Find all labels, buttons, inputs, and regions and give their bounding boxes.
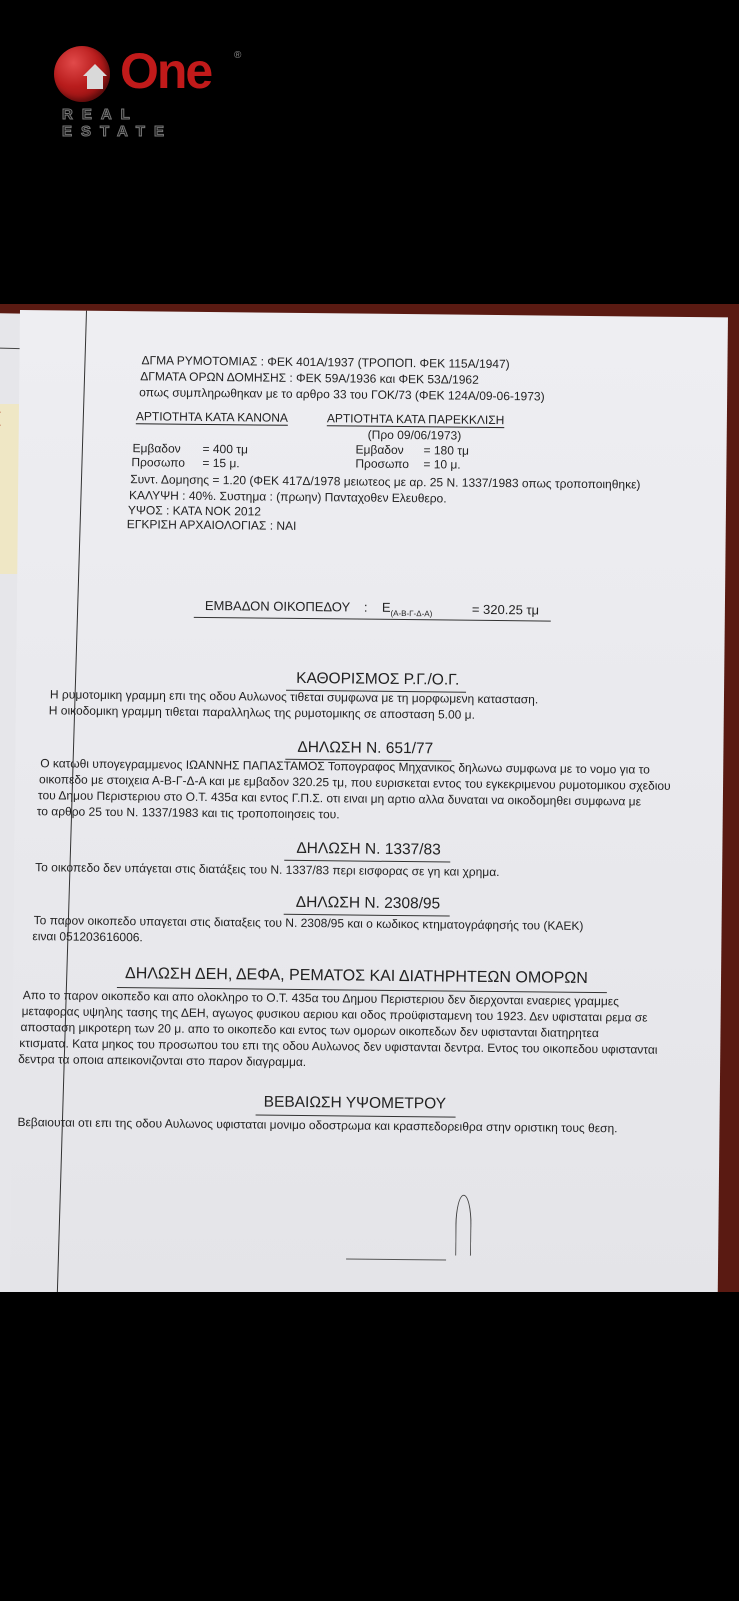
document-sheet: ΔΓΜΑ ΡΥΜΟΤΟΜΙΑΣ : ΦΕΚ 401Α/1937 (ΤΡΟΠΟΠ.…: [10, 310, 728, 1292]
plot-area-formula: E(Α-Β-Γ-Δ-Α): [382, 600, 433, 619]
artiotita-rule-title: ΑΡΤΙΟΤΗΤΑ ΚΑΤΑ ΚΑΝΟΝΑ: [136, 409, 288, 425]
plot-area-rule: [194, 617, 551, 622]
rule-frontage-label: Προσωπο: [131, 455, 185, 470]
term-line: ΥΨΟΣ : ΚΑΤΑ ΝΟΚ 2012: [128, 503, 261, 518]
header-line: ΔΓΜΑΤΑ ΟΡΩΝ ΔΟΜΗΣΗΣ : ΦΕΚ 59Α/1936 και Φ…: [140, 369, 479, 387]
document-body: ΔΓΜΑ ΡΥΜΟΤΟΜΙΑΣ : ΦΕΚ 401Α/1937 (ΤΡΟΠΟΠ.…: [20, 310, 728, 317]
plot-area-symbol: E: [382, 600, 391, 615]
plot-area-label: ΕΜΒΑΔΟΝ ΟΙΚΟΠΕΔΟΥ: [205, 598, 350, 615]
brand-name: One: [120, 42, 211, 100]
brand-logo: One ® REAL ESTATE: [54, 46, 254, 126]
rule-area-value: = 400 τμ: [202, 442, 248, 456]
signature-mark: [455, 1195, 472, 1256]
plot-area-value: = 320.25 τμ: [472, 602, 539, 618]
document-photo: ~ ~ ΔΓΜΑ ΡΥΜΟΤΟΜΙΑΣ : ΦΕΚ 401Α/1937 (ΤΡΟ…: [0, 304, 739, 1292]
section-line: δεντρα τα οποια απεικονιζονται στο παρον…: [18, 1052, 306, 1069]
section-line: ειναι 051203616006.: [32, 929, 143, 944]
section-title-1337-83: ΔΗΛΩΣΗ Ν. 1337/83: [296, 840, 441, 860]
registered-mark: ®: [234, 50, 241, 61]
rule-area-label: Εμβαδον: [132, 441, 180, 456]
section-line: Η οικοδομικη γραμμη τιθεται παραλληλως τ…: [49, 703, 475, 721]
section-line: Το οικοπεδο δεν υπάγεται στις διατάξεις …: [35, 860, 499, 879]
signature-line: [346, 1258, 446, 1260]
header-line: οπως συμπληρωθηκαν με το αρθρο 33 του ΓΟ…: [139, 385, 545, 403]
exception-area-value: = 180 τμ: [423, 443, 469, 457]
artiotita-exception-note: (Προ 09/06/1973): [368, 428, 462, 443]
plot-area-subscript: (Α-Β-Γ-Δ-Α): [390, 609, 432, 618]
header-line: ΔΓΜΑ ΡΥΜΟΤΟΜΙΑΣ : ΦΕΚ 401Α/1937 (ΤΡΟΠΟΠ.…: [141, 353, 509, 371]
exception-frontage-value: = 10 μ.: [423, 457, 460, 471]
section-title-kathorismos: ΚΑΘΟΡΙΣΜΟΣ Ρ.Γ./Ο.Γ.: [296, 670, 459, 690]
section-title-ypsometrou: ΒΕΒΑΙΩΣΗ ΥΨΟΜΕΤΡΟΥ: [264, 1094, 447, 1114]
section-line: το αρθρο 25 του Ν. 1337/1983 και τις τρο…: [37, 804, 340, 821]
exception-frontage-label: Προσωπο: [355, 457, 409, 472]
plot-area-separator: :: [364, 600, 368, 615]
section-title-deh: ΔΗΛΩΣΗ ΔΕΗ, ΔΕΦΑ, ΡΕΜΑΤΟΣ ΚΑΙ ΔΙΑΤΗΡΗΤΕΩ…: [125, 965, 588, 988]
term-line: ΕΓΚΡΙΣΗ ΑΡΧΑΙΟΛΟΓΙΑΣ : ΝΑΙ: [127, 517, 297, 533]
logo-house-body: [87, 75, 103, 89]
brand-tagline: REAL ESTATE: [62, 106, 254, 140]
exception-area-label: Εμβαδον: [355, 443, 403, 458]
artiotita-exception-title: ΑΡΤΙΟΤΗΤΑ ΚΑΤΑ ΠΑΡΕΚΚΛΙΣΗ: [327, 411, 505, 427]
rule-frontage-value: = 15 μ.: [202, 456, 239, 470]
section-title-651-77: ΔΗΛΩΣΗ Ν. 651/77: [297, 739, 433, 758]
section-line: Βεβαιουται οτι επι της οδου Αυλωνος υφισ…: [17, 1115, 617, 1135]
section-title-2308-95: ΔΗΛΩΣΗ Ν. 2308/95: [296, 894, 441, 914]
